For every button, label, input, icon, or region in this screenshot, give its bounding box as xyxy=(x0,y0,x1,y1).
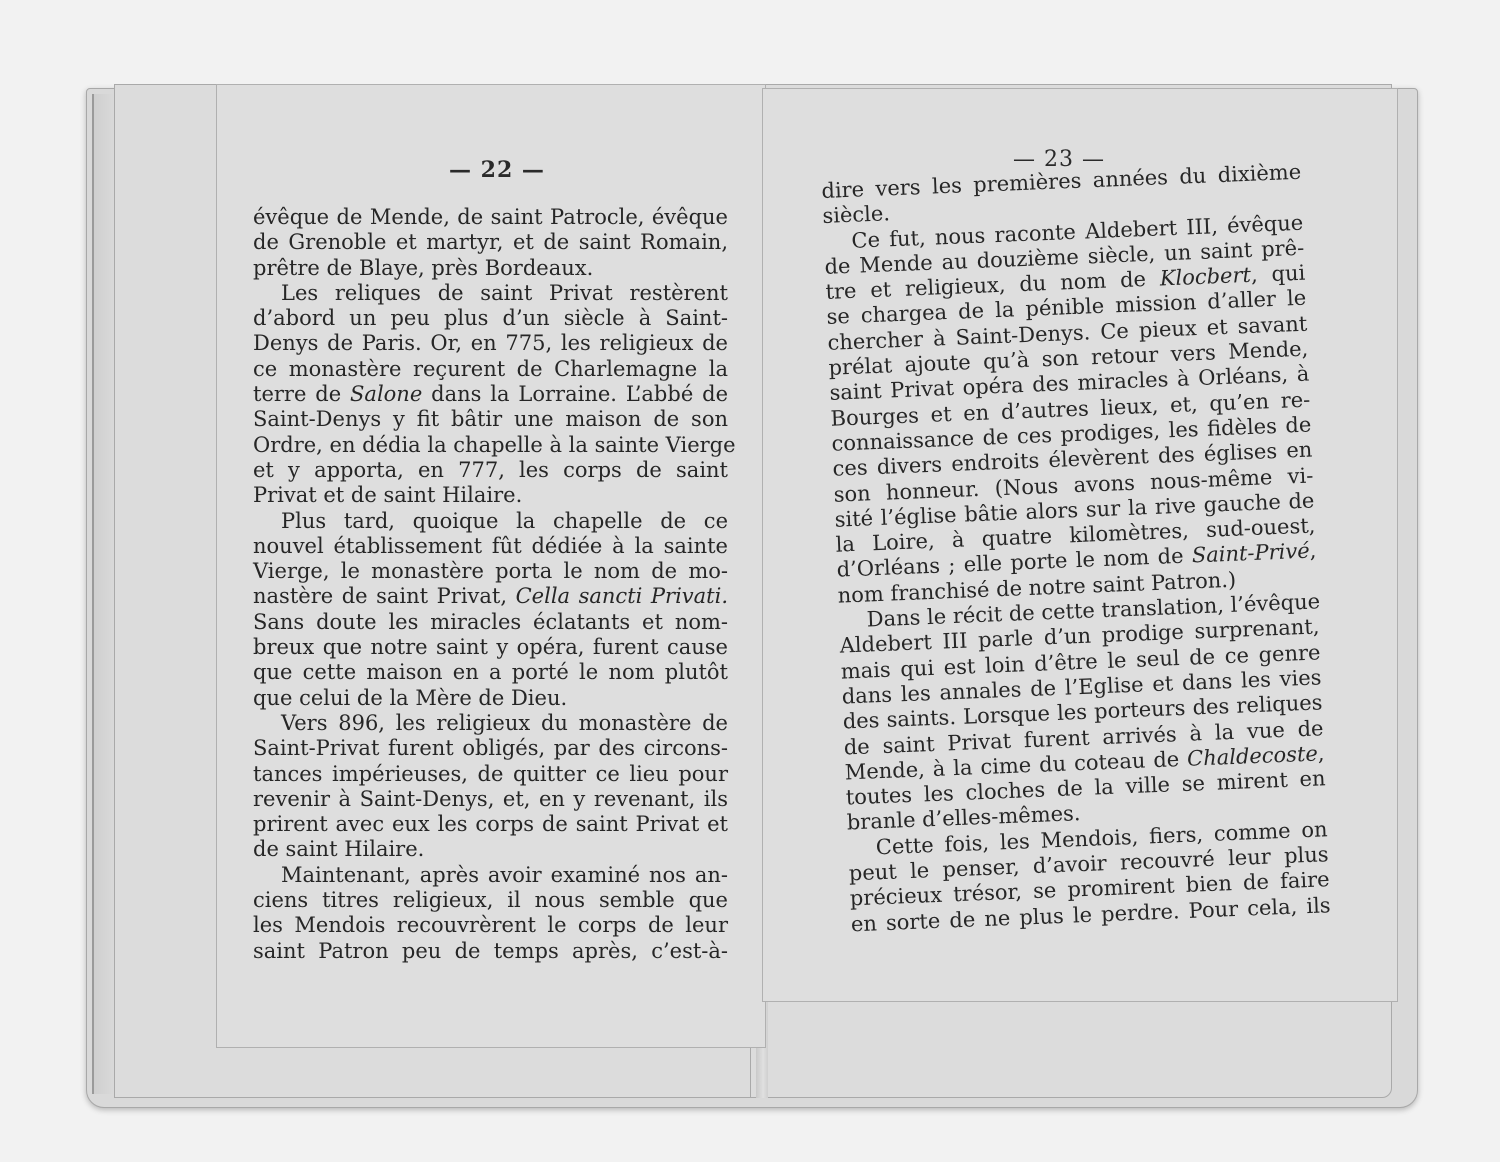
text-line: terre de Salone dans la Lorraine. L’abbé… xyxy=(253,382,728,407)
text-line: ciens titres religieux, il nous semble q… xyxy=(253,888,728,913)
text-line: et y apporta, en 777, les corps de saint xyxy=(253,458,728,483)
text-line: Saint-Denys y fit bâtir une maison de so… xyxy=(253,407,728,432)
text-line: nouvel établissement fût dédiée à la sai… xyxy=(253,534,728,559)
text-line: nastère de saint Privat, Cella sancti Pr… xyxy=(253,584,728,609)
text-line: évêque de Mende, de saint Patrocle, évêq… xyxy=(253,205,728,230)
text-line: Vers 896, les religieux du monastère de xyxy=(253,711,728,736)
text-line: de saint Hilaire. xyxy=(253,837,728,862)
text-line: Denys de Paris. Or, en 775, les religieu… xyxy=(253,331,728,356)
text-line: prêtre de Blaye, près Bordeaux. xyxy=(253,256,728,281)
text-line: que celui de la Mère de Dieu. xyxy=(253,686,728,711)
page-number: — 22 — xyxy=(449,157,545,183)
page-body-text: dire vers les premières années du dixièm… xyxy=(821,160,1331,938)
text-line: Sans doute les miracles éclatants et nom… xyxy=(253,610,728,635)
text-line: Plus tard, quoique la chapelle de ce xyxy=(253,509,728,534)
text-line: prirent avec eux les corps de saint Priv… xyxy=(253,812,728,837)
text-line: de Grenoble et martyr, et de saint Romai… xyxy=(253,230,728,255)
text-line: Privat et de saint Hilaire. xyxy=(253,483,728,508)
text-line: d’abord un peu plus d’un siècle à Saint- xyxy=(253,306,728,331)
text-line: Vierge, le monastère porta le nom de mo- xyxy=(253,559,728,584)
text-line: tances impérieuses, de quitter ce lieu p… xyxy=(253,762,728,787)
right-page: — 23 — dire vers les premières années du… xyxy=(762,88,1398,1002)
text-line: breux que notre saint y opéra, furent ca… xyxy=(253,635,728,660)
text-line: ce monastère reçurent de Charlemagne la xyxy=(253,357,728,382)
page-body-text: évêque de Mende, de saint Patrocle, évêq… xyxy=(253,205,728,964)
text-line: que cette maison en a porté le nom plutô… xyxy=(253,660,728,685)
text-line: Maintenant, après avoir examiné nos an- xyxy=(253,863,728,888)
text-line: Ordre, en dédia la chapelle à la sainte … xyxy=(253,433,728,458)
left-page: — 22 — évêque de Mende, de saint Patrocl… xyxy=(216,84,766,1048)
text-line: Saint-Privat furent obligés, par des cir… xyxy=(253,736,728,761)
text-line: Les reliques de saint Privat restèrent xyxy=(253,281,728,306)
text-line: saint Patron peu de temps après, c’est-à… xyxy=(253,939,728,964)
text-line: revenir à Saint-Denys, et, en y revenant… xyxy=(253,787,728,812)
text-line: les Mendois recouvrèrent le corps de leu… xyxy=(253,913,728,938)
open-book: — 22 — évêque de Mende, de saint Patrocl… xyxy=(86,84,1416,1104)
